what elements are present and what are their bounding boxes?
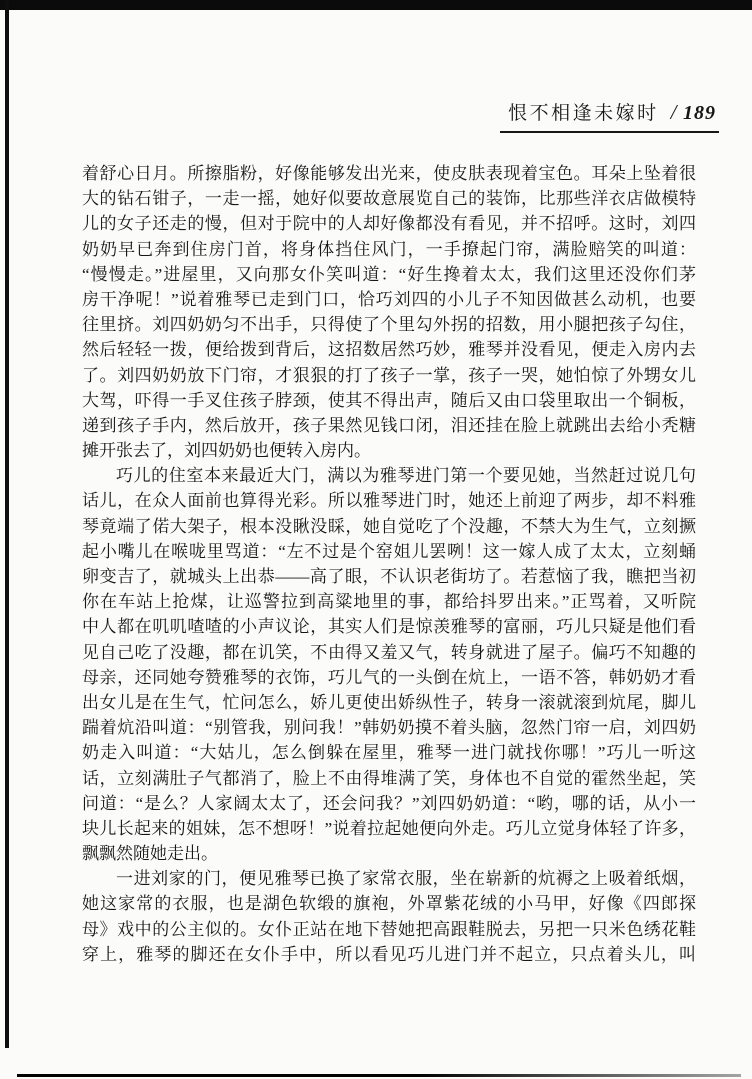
text-line: 摊开张去了，刘四奶奶也便转入房内。 — [82, 438, 696, 463]
text-line: 卵变吉了，就城头上出恭——高了眼，不认识老街坊了。若惹恼了我，瞧把当初 — [82, 564, 696, 589]
text-line: 往里挤。刘四奶奶匀不出手，只得使了个里勾外拐的招数，用小腿把孩子勾住， — [82, 312, 696, 337]
text-line: 着舒心日月。所擦脂粉，好像能够发出光来，使皮肤表现着宝色。耳朵上坠着很 — [82, 161, 696, 186]
text-line: 琴竟端了偌大架子，根本没瞅没睬，她自觉吃了个没趣，不禁大为生气，立刻撅 — [82, 514, 696, 539]
text-line: 母亲，还同她夸赞雅琴的衣饰，巧儿气的一头倒在炕上，一语不答，韩奶奶才看 — [82, 665, 696, 690]
text-line: 她这家常的衣服，也是湖色软缎的旗袍，外罩紫花绒的小马甲，好像《四郎探 — [82, 891, 696, 916]
text-line: 穿上，雅琴的脚还在女仆手中，所以看见巧儿进门并不起立，只点着头儿，叫 — [82, 942, 696, 967]
text-line: 块儿长起来的姐妹，怎不想呀！”说着拉起她便向外走。巧儿立觉身体轻了许多， — [82, 816, 696, 841]
text-line: 话儿，在众人面前也算得光彩。所以雅琴进门时，她还上前迎了两步，却不料雅 — [82, 488, 696, 513]
page-container: 恨不相逢未嫁时/189 着舒心日月。所擦脂粉，好像能够发出光来，使皮肤表现着宝色… — [0, 0, 752, 1079]
text-line: 你在车站上抢煤，让巡警拉到高粱地里的事，都给抖罗出来。”正骂着，又听院 — [82, 589, 696, 614]
text-line: 起小嘴儿在喉咙里骂道：“左不过是个窑姐儿罢咧！这一嫁人成了太太，立刻蛹 — [82, 539, 696, 564]
text-line: 话，立刻满肚子气都消了，脸上不由得堆满了笑，身体也不自觉的霍然坐起，笑 — [82, 766, 696, 791]
text-line: 然后轻轻一拨，便给拨到背后，这招数居然巧妙，雅琴并没看见，便走入房内去 — [82, 337, 696, 362]
text-line: 大驾，吓得一手叉住孩子脖颈，使其不得出声，随后又由口袋里取出一个铜板， — [82, 388, 696, 413]
text-line: “慢慢走。”进屋里，又向那女仆笑叫道：“好生搀着太太，我们这里还没你们茅 — [82, 262, 696, 287]
text-line: 巧儿的住室本来最近大门，满以为雅琴进门第一个要见她，当然赶过说几句 — [82, 463, 696, 488]
scan-edge-left — [5, 0, 9, 1048]
text-line: 房干净呢！”说着雅琴已走到门口，恰巧刘四的小儿子不知因做甚么动机，也要 — [82, 287, 696, 312]
text-line: 奶走入叫道：“大姑儿，怎么倒躲在屋里，雅琴一进门就找你哪！”巧儿一听这 — [82, 740, 696, 765]
page-number: 189 — [683, 102, 716, 124]
chapter-title: 恨不相逢未嫁时 — [508, 103, 659, 124]
text-line: 了。刘四奶奶放下门帘，才狠狠的打了孩子一掌，孩子一哭，她怕惊了外甥女儿 — [82, 363, 696, 388]
text-line: 问道：“是么？人家阔太太了，还会问我？”刘四奶奶道：“哟，哪的话，从小一 — [82, 791, 696, 816]
scan-edge-bottom — [17, 1074, 741, 1077]
text-line: 奶奶早已奔到住房门首，将身体挡住风门，一手撩起门帘，满脸赔笑的叫道： — [82, 237, 696, 262]
text-line: 儿的女子还走的慢，但对于院中的人却好像都没有看见，并不招呼。这时，刘四 — [82, 211, 696, 236]
text-line: 递到孩子手内，然后放开，孩子果然见钱口闭，泪还挂在脸上就跳出去给小秃糖 — [82, 413, 696, 438]
text-line: 见自己吃了没趣，都在讥笑，不由得又羞又气，转身就进了屋子。偏巧不知趣的 — [82, 640, 696, 665]
body-text: 着舒心日月。所擦脂粉，好像能够发出光来，使皮肤表现着宝色。耳朵上坠着很 大的钻石… — [82, 161, 696, 967]
text-line: 飘飘然随她走出。 — [82, 841, 696, 866]
running-header: 恨不相逢未嫁时/189 — [500, 98, 719, 133]
text-line: 中人都在叽叽喳喳的小声议论，其实人们是惊羡雅琴的富丽，巧儿只疑是他们看 — [82, 614, 696, 639]
text-line: 大的钻石钳子，一走一摇，她好似要故意展览自己的装饰，比那些洋衣店做模特 — [82, 186, 696, 211]
text-line: 出女儿是在生气，忙问怎么，娇儿更使出娇纵性子，转身一滚就滚到炕尾，脚儿 — [82, 690, 696, 715]
header-separator: / — [671, 100, 679, 124]
text-line: 一进刘家的门，便见雅琴已换了家常衣服，坐在崭新的炕褥之上吸着纸烟， — [82, 866, 696, 891]
text-line: 母》戏中的公主似的。女仆正站在地下替她把高跟鞋脱去，另把一只米色绣花鞋 — [82, 917, 696, 942]
text-line: 踹着炕沿叫道：“别管我，别问我！”韩奶奶摸不着头脑，忽然门帘一启，刘四奶 — [82, 715, 696, 740]
scan-edge-top — [0, 0, 752, 10]
